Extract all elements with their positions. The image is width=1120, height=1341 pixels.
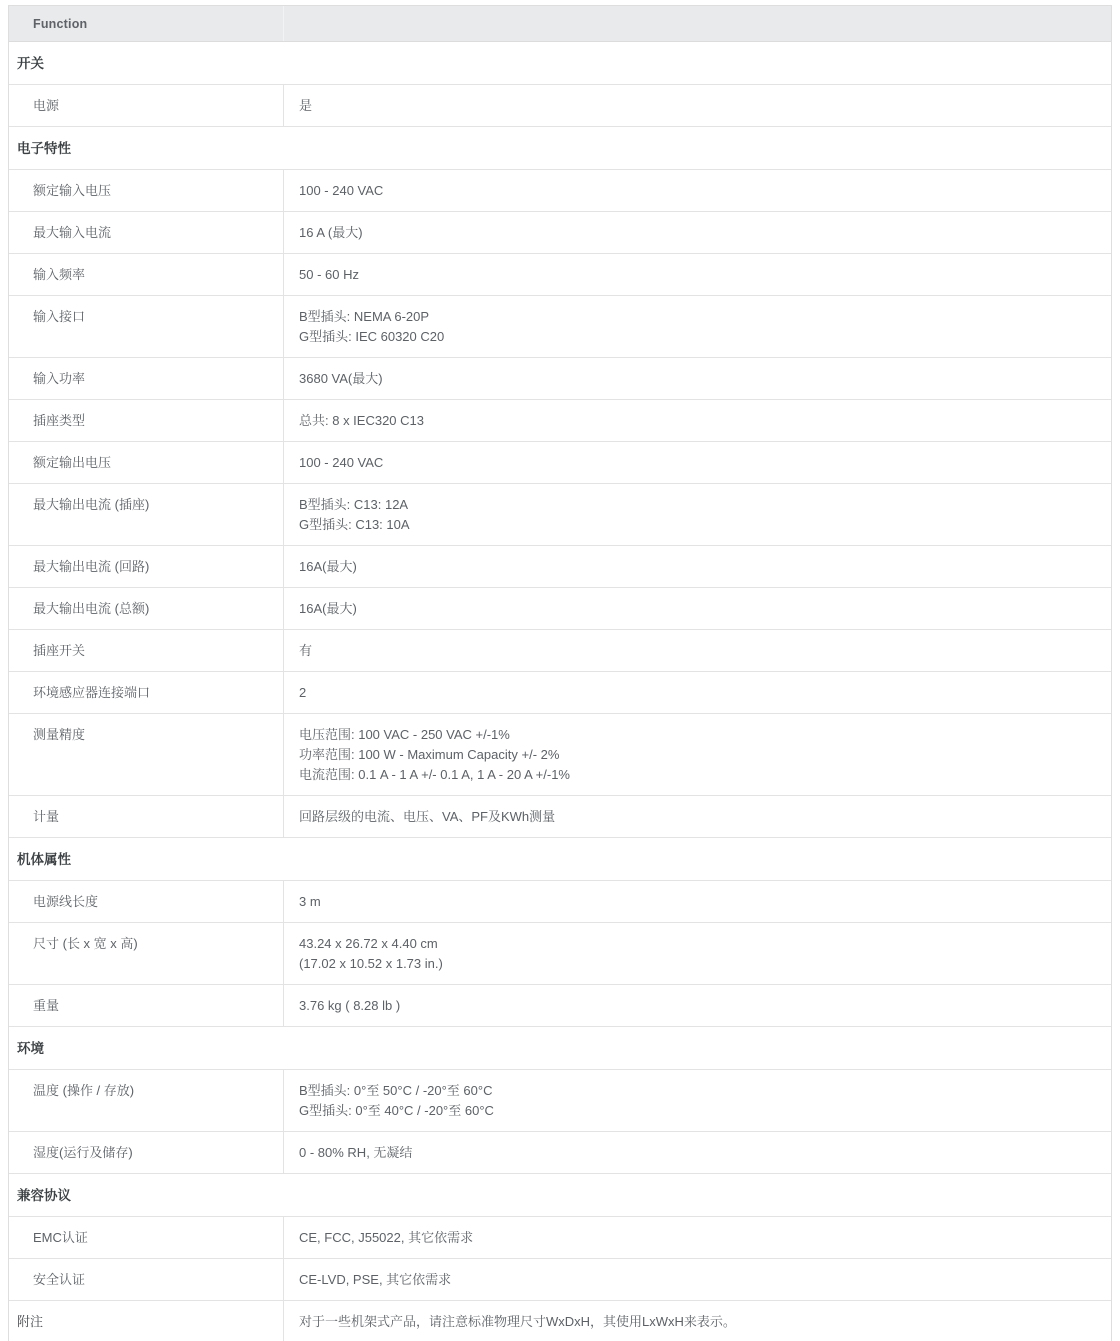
spec-row: 环境感应器连接端口2 — [9, 672, 1111, 714]
value-line: 对于一些机架式产品，请注意标准物理尺寸WxDxH，其使用LxWxH来表示。 — [299, 1312, 1095, 1332]
row-value: 3 m — [284, 881, 1111, 922]
function-column-header: Function — [9, 6, 284, 41]
section-label: 机体属性 — [17, 852, 71, 867]
value-line: 是 — [299, 96, 1095, 116]
spec-row: 安全认证CE-LVD, PSE, 其它依需求 — [9, 1259, 1111, 1301]
value-line: 0 - 80% RH, 无凝结 — [299, 1143, 1095, 1163]
section-row: 兼容协议 — [9, 1174, 1111, 1217]
row-value: 50 - 60 Hz — [284, 254, 1111, 295]
row-label: 温度 (操作 / 存放) — [9, 1070, 284, 1131]
value-line: 有 — [299, 641, 1095, 661]
spec-row: 最大输出电流 (总额)16A(最大) — [9, 588, 1111, 630]
section-row: 机体属性 — [9, 838, 1111, 881]
spec-row: 电源线长度3 m — [9, 881, 1111, 923]
spec-row: 额定输出电压100 - 240 VAC — [9, 442, 1111, 484]
value-line: 16 A (最大) — [299, 223, 1095, 243]
spec-row: 输入功率3680 VA(最大) — [9, 358, 1111, 400]
value-line: 回路层级的电流、电压、VA、PF及KWh测量 — [299, 807, 1095, 827]
value-line: 43.24 x 26.72 x 4.40 cm — [299, 934, 1095, 954]
section-row: 环境 — [9, 1027, 1111, 1070]
spec-row: 测量精度电压范围: 100 VAC - 250 VAC +/-1%功率范围: 1… — [9, 714, 1111, 796]
value-line: G型插头: IEC 60320 C20 — [299, 327, 1095, 347]
spec-table: Function 开关电源是电子特性额定输入电压100 - 240 VAC最大输… — [8, 5, 1112, 1341]
row-label: 电源线长度 — [9, 881, 284, 922]
section-label: 电子特性 — [17, 141, 71, 156]
row-value: CE-LVD, PSE, 其它依需求 — [284, 1259, 1111, 1300]
value-line: 100 - 240 VAC — [299, 453, 1095, 473]
row-value: 是 — [284, 85, 1111, 126]
row-label: 输入频率 — [9, 254, 284, 295]
spec-row: 插座开关有 — [9, 630, 1111, 672]
value-line: 电流范围: 0.1 A - 1 A +/- 0.1 A, 1 A - 20 A … — [299, 765, 1095, 785]
row-value: 3.76 kg ( 8.28 lb ) — [284, 985, 1111, 1026]
row-value: B型插头: NEMA 6-20PG型插头: IEC 60320 C20 — [284, 296, 1111, 357]
section-row: 电子特性 — [9, 127, 1111, 170]
spec-row: 输入频率50 - 60 Hz — [9, 254, 1111, 296]
row-value: 16A(最大) — [284, 588, 1111, 629]
row-label: EMC认证 — [9, 1217, 284, 1258]
value-line: B型插头: 0°至 50°C / -20°至 60°C — [299, 1081, 1095, 1101]
section-label: 环境 — [17, 1041, 44, 1056]
spec-row: 输入接口B型插头: NEMA 6-20PG型插头: IEC 60320 C20 — [9, 296, 1111, 358]
row-value: B型插头: 0°至 50°C / -20°至 60°CG型插头: 0°至 40°… — [284, 1070, 1111, 1131]
value-line: G型插头: 0°至 40°C / -20°至 60°C — [299, 1101, 1095, 1121]
row-label: 附注 — [9, 1301, 284, 1341]
row-label: 最大输出电流 (回路) — [9, 546, 284, 587]
note-row: 附注对于一些机架式产品，请注意标准物理尺寸WxDxH，其使用LxWxH来表示。 — [9, 1301, 1111, 1341]
value-line: CE, FCC, J55022, 其它依需求 — [299, 1228, 1095, 1248]
row-value: B型插头: C13: 12AG型插头: C13: 10A — [284, 484, 1111, 545]
value-line: B型插头: C13: 12A — [299, 495, 1095, 515]
spec-row: 重量3.76 kg ( 8.28 lb ) — [9, 985, 1111, 1027]
row-label: 尺寸 (长 x 宽 x 高) — [9, 923, 284, 984]
row-value: 43.24 x 26.72 x 4.40 cm(17.02 x 10.52 x … — [284, 923, 1111, 984]
row-label: 输入接口 — [9, 296, 284, 357]
row-value: 3680 VA(最大) — [284, 358, 1111, 399]
row-label: 环境感应器连接端口 — [9, 672, 284, 713]
row-value: 对于一些机架式产品，请注意标准物理尺寸WxDxH，其使用LxWxH来表示。 — [284, 1301, 1111, 1341]
value-line: 16A(最大) — [299, 557, 1095, 577]
row-label: 额定输出电压 — [9, 442, 284, 483]
spec-row: 最大输出电流 (回路)16A(最大) — [9, 546, 1111, 588]
row-label: 额定输入电压 — [9, 170, 284, 211]
value-line: CE-LVD, PSE, 其它依需求 — [299, 1270, 1095, 1290]
row-value: CE, FCC, J55022, 其它依需求 — [284, 1217, 1111, 1258]
row-label: 测量精度 — [9, 714, 284, 795]
value-line: 电压范围: 100 VAC - 250 VAC +/-1% — [299, 725, 1095, 745]
row-value: 100 - 240 VAC — [284, 442, 1111, 483]
spec-row: 最大输出电流 (插座)B型插头: C13: 12AG型插头: C13: 10A — [9, 484, 1111, 546]
row-label: 插座开关 — [9, 630, 284, 671]
value-line: 3 m — [299, 892, 1095, 912]
spec-row: 电源是 — [9, 85, 1111, 127]
table-body: 开关电源是电子特性额定输入电压100 - 240 VAC最大输入电流16 A (… — [9, 42, 1111, 1341]
value-line: 总共: 8 x IEC320 C13 — [299, 411, 1095, 431]
row-value: 回路层级的电流、电压、VA、PF及KWh测量 — [284, 796, 1111, 837]
spec-row: 插座类型总共: 8 x IEC320 C13 — [9, 400, 1111, 442]
row-value: 100 - 240 VAC — [284, 170, 1111, 211]
row-label: 湿度(运行及储存) — [9, 1132, 284, 1173]
row-label: 最大输入电流 — [9, 212, 284, 253]
row-value: 16 A (最大) — [284, 212, 1111, 253]
table-header-row: Function — [9, 6, 1111, 42]
row-label: 最大输出电流 (总额) — [9, 588, 284, 629]
spec-row: 计量回路层级的电流、电压、VA、PF及KWh测量 — [9, 796, 1111, 838]
row-value: 16A(最大) — [284, 546, 1111, 587]
row-label: 输入功率 — [9, 358, 284, 399]
value-line: 3680 VA(最大) — [299, 369, 1095, 389]
row-label: 计量 — [9, 796, 284, 837]
spec-row: 尺寸 (长 x 宽 x 高)43.24 x 26.72 x 4.40 cm(17… — [9, 923, 1111, 985]
spec-row: 额定输入电压100 - 240 VAC — [9, 170, 1111, 212]
value-line: 16A(最大) — [299, 599, 1095, 619]
row-value: 0 - 80% RH, 无凝结 — [284, 1132, 1111, 1173]
value-column-header — [284, 6, 1111, 41]
value-line: 3.76 kg ( 8.28 lb ) — [299, 996, 1095, 1016]
spec-row: 最大输入电流16 A (最大) — [9, 212, 1111, 254]
row-label: 重量 — [9, 985, 284, 1026]
row-label: 插座类型 — [9, 400, 284, 441]
spec-row: 湿度(运行及储存)0 - 80% RH, 无凝结 — [9, 1132, 1111, 1174]
value-line: 2 — [299, 683, 1095, 703]
value-line: 功率范围: 100 W - Maximum Capacity +/- 2% — [299, 745, 1095, 765]
row-value: 电压范围: 100 VAC - 250 VAC +/-1%功率范围: 100 W… — [284, 714, 1111, 795]
row-label: 安全认证 — [9, 1259, 284, 1300]
value-line: 100 - 240 VAC — [299, 181, 1095, 201]
section-row: 开关 — [9, 42, 1111, 85]
row-label: 电源 — [9, 85, 284, 126]
value-line: G型插头: C13: 10A — [299, 515, 1095, 535]
value-line: B型插头: NEMA 6-20P — [299, 307, 1095, 327]
value-line: (17.02 x 10.52 x 1.73 in.) — [299, 954, 1095, 974]
row-value: 总共: 8 x IEC320 C13 — [284, 400, 1111, 441]
row-value: 2 — [284, 672, 1111, 713]
spec-row: 温度 (操作 / 存放)B型插头: 0°至 50°C / -20°至 60°CG… — [9, 1070, 1111, 1132]
value-line: 50 - 60 Hz — [299, 265, 1095, 285]
section-label: 兼容协议 — [17, 1188, 71, 1203]
section-label: 开关 — [17, 56, 44, 71]
row-value: 有 — [284, 630, 1111, 671]
spec-row: EMC认证CE, FCC, J55022, 其它依需求 — [9, 1217, 1111, 1259]
row-label: 最大输出电流 (插座) — [9, 484, 284, 545]
